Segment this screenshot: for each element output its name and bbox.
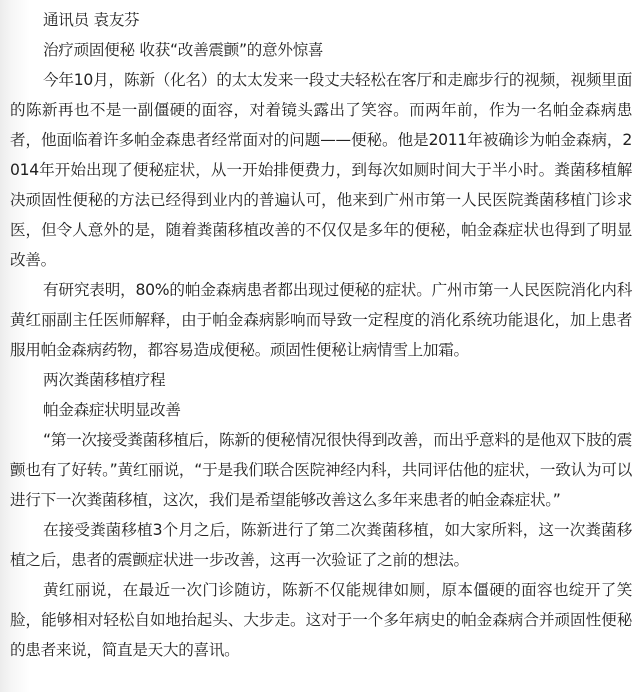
paragraph: 有研究表明，80%的帕金森病患者都出现过便秘的症状。广州市第一人民医院消化内科黄… (10, 275, 632, 365)
article-body: 通讯员 袁友芬 治疗顽固便秘 收获“改善震颤”的意外惊喜 今年10月，陈新（化名… (10, 5, 632, 665)
section-heading: 帕金森症状明显改善 (10, 395, 632, 425)
paragraph: 黄红丽说，在最近一次门诊随访，陈新不仅能规律如厕，原本僵硬的面容也绽开了笑脸，能… (10, 575, 632, 665)
paragraph: 今年10月，陈新（化名）的太太发来一段丈夫轻松在客厅和走廊步行的视频，视频里面的… (10, 65, 632, 275)
section-heading: 两次粪菌移植疗程 (10, 365, 632, 395)
paragraph: 在接受粪菌移植3个月之后，陈新进行了第二次粪菌移植，如大家所料，这一次粪菌移植之… (10, 515, 632, 575)
article-subtitle: 治疗顽固便秘 收获“改善震颤”的意外惊喜 (10, 35, 632, 65)
paragraph: “第一次接受粪菌移植后，陈新的便秘情况很快得到改善，而出乎意料的是他双下肢的震颤… (10, 425, 632, 515)
byline: 通讯员 袁友芬 (10, 5, 632, 35)
